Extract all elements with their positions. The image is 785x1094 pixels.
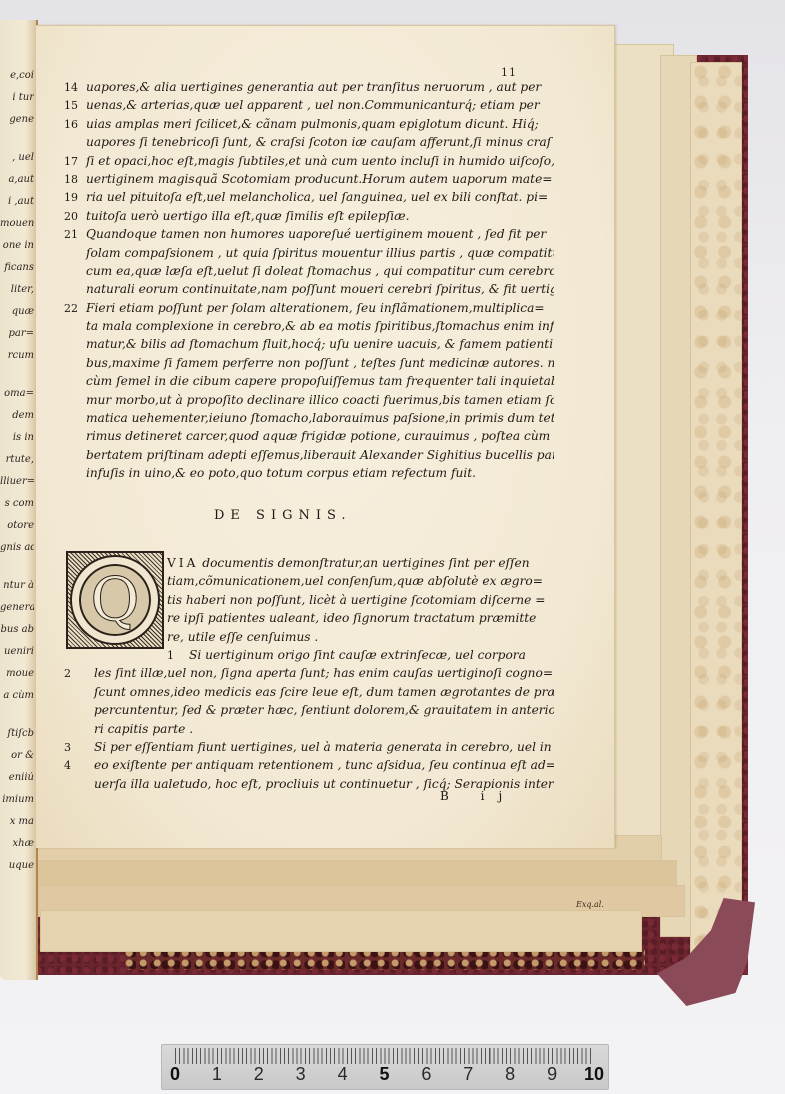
text-line: ſolam compaſsionem , ut quia ſpiritus mo… (64, 244, 554, 262)
line-text: uapores ſi tenebricoſi ſunt, & craſsi ſc… (86, 135, 551, 149)
line-text: rimus detineret carcer,quod aquæ frigidæ… (86, 429, 554, 443)
left-page-fragment: otore (0, 520, 34, 531)
text-line: 2les ſint illæ,uel non, ſigna aperta ſun… (64, 664, 554, 682)
line-text: documentis demonſtratur,an uertigines ſi… (198, 556, 529, 570)
left-page-fragment: is in (0, 432, 34, 443)
left-page-fragment: ueniri (0, 646, 34, 657)
ruler-label: 10 (584, 1064, 604, 1085)
line-text: bus,maxime ſi famem perferre non poſſunt… (86, 356, 554, 370)
line-number: 14 (64, 79, 86, 96)
left-page-fragment: gnis ad (0, 542, 34, 553)
ruler-label: 2 (254, 1064, 264, 1085)
ruler-label: 3 (296, 1064, 306, 1085)
text-line: re ipſi patientes ualeant, ideo ſignorum… (64, 609, 554, 627)
text-line: 1Si uertiginum origo ſint cauſæ extrinſe… (64, 646, 554, 664)
line-number: 17 (64, 153, 86, 170)
left-page-fragment: x ma (0, 816, 34, 827)
text-line: 14uapores,& alia uertigines generantia a… (64, 78, 554, 96)
text-line: matur,& bilis ad ſtomachum fluit,hocq́; … (64, 335, 554, 353)
left-page-fragment: ſtiſcb (0, 728, 34, 739)
left-page-fragment: a,aut (0, 174, 34, 185)
text-line: percuntentur, ſed & præter hæc, ſentiunt… (64, 701, 554, 719)
line-text: uias amplas meri ſcilicet,& cãnam pulmon… (86, 117, 539, 131)
ruler-label: 4 (338, 1064, 348, 1085)
ruler-label: 7 (463, 1064, 473, 1085)
line-text: Si uertiginum origo ſint cauſæ extrinſec… (189, 648, 526, 662)
left-page-fragment: quæ (0, 306, 34, 317)
line-text: uenas,& arterias,quæ uel apparent , uel … (86, 98, 540, 112)
line-text: re, utile eſſe cenſuimus . (167, 630, 318, 644)
text-line: naturali eorum continuitate,nam poſſunt … (64, 280, 554, 298)
left-page-fragment: eniiú (0, 772, 34, 783)
left-page-fragment: ficans (0, 262, 34, 273)
line-text: naturali eorum continuitate,nam poſſunt … (86, 282, 554, 296)
text-line: tiam,cõmunicationem,uel conſenſum,quæ ab… (64, 572, 554, 590)
left-page-fragment: e,coi (0, 70, 34, 81)
small-caps-lead: VIA (167, 556, 198, 570)
text-line: 19ria uel pituitoſa eſt,uel melancholica… (64, 188, 554, 206)
line-text: Fieri etiam poſſunt per ſolam alteration… (86, 301, 545, 315)
section-heading: DE SIGNIS. (214, 508, 352, 523)
line-text: les ſint illæ,uel non, ſigna aperta ſunt… (94, 666, 553, 680)
text-line: 18uertiginem magisquã Scotomiam producun… (64, 170, 554, 188)
line-text: uapores,& alia uertigines generantia aut… (86, 80, 541, 94)
line-text: ria uel pituitoſa eſt,uel melancholica, … (86, 190, 548, 204)
text-line: 4eo exiſtente per antiquam retentionem ,… (64, 756, 554, 774)
text-line: 16uias amplas meri ſcilicet,& cãnam pulm… (64, 115, 554, 133)
text-line: 3Si per eſſentiam fiunt uertigines, uel … (64, 738, 554, 756)
page-stack-right-3 (690, 62, 742, 969)
handwritten-margin-note: Exq.al. (576, 900, 604, 909)
signs-text-block: VIA documentis demonſtratur,an uertigine… (64, 554, 554, 793)
line-text: eo exiſtente per antiquam retentionem , … (94, 758, 554, 772)
ruler-label: 5 (379, 1064, 389, 1085)
left-page-fragment: rcum (0, 350, 34, 361)
left-page-fragment: genera (0, 602, 34, 613)
line-number: 4 (64, 757, 94, 774)
main-text-block: 14uapores,& alia uertigines generantia a… (64, 78, 554, 483)
line-text: Quandoque tamen non humores uaporeſué ue… (86, 227, 546, 241)
ruler-labels: 012345678910 (162, 1064, 608, 1086)
line-text: bertatem priſtinam adepti eſſemus,libera… (86, 448, 554, 462)
text-line: 22Fieri etiam poſſunt per ſolam alterati… (64, 299, 554, 317)
text-line: ta mala complexione in cerebro,& ab ea m… (64, 317, 554, 335)
line-number: 20 (64, 208, 86, 225)
ruler-ticks (175, 1048, 594, 1064)
left-page-fragment: a cùm (0, 690, 34, 701)
line-number: 15 (64, 97, 86, 114)
line-number: 2 (64, 665, 94, 682)
left-page-fragment: one in (0, 240, 34, 251)
left-page-fragment: oma= (0, 388, 34, 399)
left-page-fragment: or & (0, 750, 34, 761)
text-line: cum ea,quæ læſa eſt,uelut ſi doleat ſtom… (64, 262, 554, 280)
ruler-label: 9 (547, 1064, 557, 1085)
text-line: infuſis in uino,& eo poto,quo totum corp… (64, 464, 554, 482)
left-page-fragment: s com (0, 498, 34, 509)
page-stack-bottom-4 (40, 910, 642, 952)
line-text: ſcunt omnes,ideo medicis eas ſcire leue … (94, 685, 554, 699)
line-text: Si per eſſentiam fiunt uertigines, uel à… (94, 740, 552, 754)
line-text: cum ea,quæ læſa eſt,uelut ſi doleat ſtom… (86, 264, 554, 278)
text-line: VIA documentis demonſtratur,an uertigine… (64, 554, 554, 572)
line-number: 1 (167, 647, 189, 664)
left-page-fragment: , uel (0, 152, 34, 163)
line-text: infuſis in uino,& eo poto,quo totum corp… (86, 466, 476, 480)
text-line: cùm ſemel in die cibum capere propoſuiſſ… (64, 372, 554, 390)
text-line: bertatem priſtinam adepti eſſemus,libera… (64, 446, 554, 464)
left-page-fragment: gene (0, 114, 34, 125)
line-text: tis haberi non poſſunt, licèt à uertigin… (167, 593, 545, 607)
left-page-fragment: mouen (0, 218, 34, 229)
text-line: 21Quandoque tamen non humores uaporeſué … (64, 225, 554, 243)
ruler-label: 6 (421, 1064, 431, 1085)
line-text: matica uehementer,ieiuno ſtomacho,labora… (86, 411, 554, 425)
left-page-fragment: i ,aut (0, 196, 34, 207)
left-page-fragment: rtute, (0, 454, 34, 465)
text-line: 15uenas,& arterias,quæ uel apparent , ue… (64, 96, 554, 114)
line-number: 3 (64, 739, 94, 756)
line-number: 16 (64, 116, 86, 133)
text-line: re, utile eſſe cenſuimus . (64, 628, 554, 646)
left-page-fragment: i tur (0, 92, 34, 103)
line-text: ta mala complexione in cerebro,& ab ea m… (86, 319, 554, 333)
line-text: percuntentur, ſed & præter hæc, ſentiunt… (94, 703, 554, 717)
ruler-label: 0 (170, 1064, 180, 1085)
left-page-fragment: liter, (0, 284, 34, 295)
signature-mark: B ij (440, 789, 516, 803)
line-text: cùm ſemel in die cibum capere propoſuiſſ… (86, 374, 554, 388)
line-text: uertiginem magisquã Scotomiam producunt.… (86, 172, 553, 186)
left-page-fragment: lliuer= (0, 476, 34, 487)
line-text: tiam,cõmunicationem,uel conſenſum,quæ ab… (167, 574, 543, 588)
ruler-label: 8 (505, 1064, 515, 1085)
line-text: ſolam compaſsionem , ut quia ſpiritus mo… (86, 246, 554, 260)
text-line: bus,maxime ſi famem perferre non poſſunt… (64, 354, 554, 372)
line-number: 22 (64, 300, 86, 317)
text-line: rimus detineret carcer,quod aquæ frigidæ… (64, 427, 554, 445)
left-page-fragment: xhæ (0, 838, 34, 849)
text-line: 17ſi et opaci,hoc eſt,magis ſubtiles,et … (64, 152, 554, 170)
left-page-fragment: moue (0, 668, 34, 679)
text-line: ſcunt omnes,ideo medicis eas ſcire leue … (64, 683, 554, 701)
line-text: ſi et opaci,hoc eſt,magis ſubtiles,et un… (86, 154, 554, 168)
line-number: 18 (64, 171, 86, 188)
left-page-fragment: ntur à (0, 580, 34, 591)
line-text: matur,& bilis ad ſtomachum fluit,hocq́; … (86, 337, 554, 351)
text-line: ri capitis parte . (64, 720, 554, 738)
scale-ruler: 012345678910 (161, 1044, 609, 1090)
text-line: matica uehementer,ieiuno ſtomacho,labora… (64, 409, 554, 427)
ruler-label: 1 (212, 1064, 222, 1085)
left-page-fragment: imium (0, 794, 34, 805)
left-page-fragment: bus ab (0, 624, 34, 635)
left-page-fragment: dem (0, 410, 34, 421)
line-number: 19 (64, 189, 86, 206)
text-line: 20tuitoſa uerò uertigo illa eſt,quæ ſimi… (64, 207, 554, 225)
text-line: uapores ſi tenebricoſi ſunt, & craſsi ſc… (64, 133, 554, 151)
text-line: mur morbo,ut à propoſito declinare illic… (64, 391, 554, 409)
book-page: 11 14uapores,& alia uertigines generanti… (36, 25, 615, 848)
line-text: re ipſi patientes ualeant, ideo ſignorum… (167, 611, 536, 625)
left-page-fragment: uque (0, 860, 34, 871)
line-text: tuitoſa uerò uertigo illa eſt,quæ ſimili… (86, 209, 409, 223)
line-text: mur morbo,ut à propoſito declinare illic… (86, 393, 554, 407)
left-page-fragment: par= (0, 328, 34, 339)
left-page-sliver: e,coii turgene, uela,auti ,autmouenone i… (0, 20, 38, 980)
text-line: tis haberi non poſſunt, licèt à uertigin… (64, 591, 554, 609)
line-text: ri capitis parte . (94, 722, 193, 736)
line-number: 21 (64, 226, 86, 243)
